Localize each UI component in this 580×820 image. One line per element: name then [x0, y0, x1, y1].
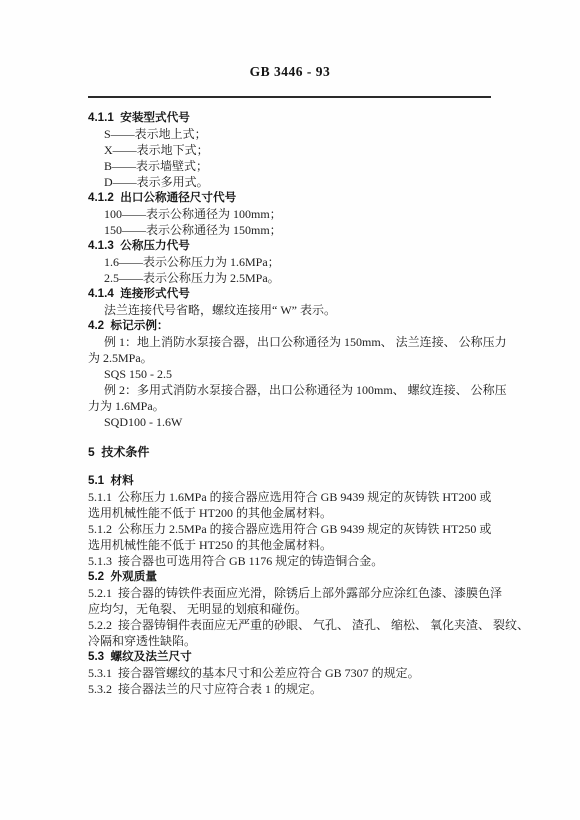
text-line: 例 2：多用式消防水泵接合器，出口公称通径为 100mm、 螺纹连接、 公称压 — [88, 382, 500, 398]
text-line: 4.1.3 公称压力代号 — [88, 238, 500, 254]
text-line: 选用机械性能不低于 HT250 的其他金属材料。 — [88, 537, 500, 553]
text-line: D——表示多用式。 — [88, 174, 500, 190]
text-line: 100——表示公称通径为 100mm； — [88, 206, 500, 222]
text-line: 5.2.2 接合器铸铜件表面应无严重的砂眼、 气孔、 渣孔、 缩松、 氧化夹渣、… — [88, 617, 500, 633]
text-line: 5.1.1 公称压力 1.6MPa 的接合器应选用符合 GB 9439 规定的灰… — [88, 489, 500, 505]
text-line: 法兰连接代号省略，螺纹连接用“ W” 表示。 — [88, 302, 500, 318]
text-line: 应均匀，无龟裂、 无明显的划痕和碰伤。 — [88, 601, 500, 617]
text-line: 5.2.1 接合器的铸铁件表面应光滑，除锈后上部外露部分应涂红色漆、漆膜色泽 — [88, 585, 500, 601]
text-line: X——表示地下式； — [88, 142, 500, 158]
text-line: 2.5——表示公称压力为 2.5MPa。 — [88, 270, 500, 286]
text-line: SQD100 - 1.6W — [88, 414, 500, 430]
text-line: B——表示墙壁式； — [88, 158, 500, 174]
text-line: 为 2.5MPa。 — [88, 350, 500, 366]
text-line: 5.3.2 接合器法兰的尺寸应符合表 1 的规定。 — [88, 681, 500, 697]
text-line: 150——表示公称通径为 150mm； — [88, 222, 500, 238]
standard-code-header: GB 3446 - 93 — [0, 64, 580, 80]
text-line: 5.1.3 接合器也可选用符合 GB 1176 规定的铸造铜合金。 — [88, 553, 500, 569]
text-line: 力为 1.6MPa。 — [88, 398, 500, 414]
header-rule — [88, 96, 491, 98]
text-line: 4.1.1 安装型式代号 — [88, 110, 500, 126]
text-line: 例 1：地上消防水泵接合器，出口公称通径为 150mm、 法兰连接、 公称压力 — [88, 334, 500, 350]
text-line: S——表示地上式； — [88, 126, 500, 142]
text-line: 冷隔和穿透性缺陷。 — [88, 633, 500, 649]
text-line: 5.3.1 接合器管螺纹的基本尺寸和公差应符合 GB 7307 的规定。 — [88, 665, 500, 681]
document-page: GB 3446 - 93 4.1.1 安装型式代号S——表示地上式；X——表示地… — [0, 0, 580, 820]
text-line: 4.1.2 出口公称通径尺寸代号 — [88, 190, 500, 206]
text-line: 选用机械性能不低于 HT200 的其他金属材料。 — [88, 505, 500, 521]
text-line: 5.3 螺纹及法兰尺寸 — [88, 649, 500, 665]
text-line: SQS 150 - 2.5 — [88, 366, 500, 382]
text-line: 5.1 材料 — [88, 473, 500, 489]
text-line: 1.6——表示公称压力为 1.6MPa； — [88, 254, 500, 270]
document-body: 4.1.1 安装型式代号S——表示地上式；X——表示地下式；B——表示墙壁式；D… — [88, 110, 500, 697]
text-line: 4.1.4 连接形式代号 — [88, 286, 500, 302]
text-line: 5.1.2 公称压力 2.5MPa 的接合器应选用符合 GB 9439 规定的灰… — [88, 521, 500, 537]
text-line: 4.2 标记示例： — [88, 318, 500, 334]
text-line: 5 技术条件 — [88, 444, 500, 460]
text-line: 5.2 外观质量 — [88, 569, 500, 585]
